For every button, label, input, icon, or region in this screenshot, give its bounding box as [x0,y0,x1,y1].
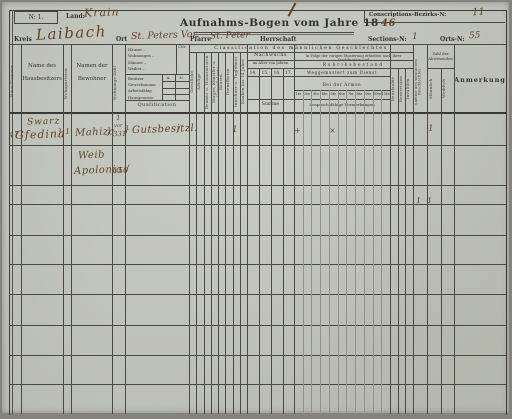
column-header-right-1: Reservisten [399,69,405,109]
bestand-row-3: Weiber – [128,66,145,71]
column-header-owner: Name des Hausbesitzers [22,60,62,86]
bestand-row-1: Wohnungen – [128,53,154,58]
form-title-text: Aufnahms-Bogen vom Jahre 18 [180,17,379,29]
grid-line [21,44,22,414]
qualification-col-0: A. [162,75,175,80]
grid-line [311,90,312,414]
column-header-male-3: Bürger, Künstler u. Gewerbsleute [212,54,218,110]
grid-line [9,294,506,295]
grid-line [303,90,304,414]
grid-line [176,44,177,74]
musterung-class-6: 7te [346,92,355,96]
column-header-wohnparteien: Wohnparteien [64,60,71,108]
herrschaft-label: Herrschaft [260,36,296,43]
musterung-class-8: 9te [364,92,373,96]
scanned-form: N: 1. Land: Krain Conscriptions-Bezirks-… [0,0,512,419]
grid-line [247,99,390,100]
grid-line [413,44,414,414]
column-header-anmerkung: Anmerkung [454,76,506,84]
pfarre-value: St. Peter [210,30,250,41]
qualification-caption: Qualification [125,102,189,108]
column-header-male-0: Geistliche [190,54,196,110]
orts-value: 55 [469,31,481,41]
form-title-year: 46 [381,18,396,29]
form-title: Aufnahms-Bogen vom Jahre 1846 [180,17,358,29]
kreis-label: Kreis [14,36,32,43]
abwesend-col-0: Männlich [429,70,441,108]
musterung-caption: Anspruchsfähige Vormerkungen [294,102,390,107]
grid-line [162,94,189,95]
column-header-right-0: Beurlaubte [391,69,397,109]
column-header-male-7: Knaben bis 14 Jahre [241,54,247,110]
column-header-right-2: Invaliden [406,69,412,109]
abwesend-title: Zahl der Abwesenden [427,52,454,62]
qualification-col-1: N. [175,75,188,80]
musterung-class-5: 6te [338,92,347,96]
grid-line [9,44,506,45]
abwesend-col-1: Weiblich [442,70,454,108]
grid-line [9,355,506,356]
grid-line [259,68,260,414]
column-header-hausnummer: Haus-Nummer [10,54,20,108]
grid-line [162,88,189,89]
land-value: Krain [84,5,120,19]
musterung-title2: Rubriksbestand [294,62,413,67]
nachwuchs-age-1: 15. [259,70,271,75]
grid-line [271,68,272,414]
grid-line [294,44,295,414]
grid-line [9,235,506,236]
grid-line [9,264,506,265]
grid-line [441,68,442,414]
grid-line [355,90,356,414]
kreis-value: Laibach [36,22,108,44]
column-header-male-1: Adelige [197,54,203,110]
musterung-sub2: Bei der Armee [294,82,390,87]
musterung-class-0: 1te [294,92,303,96]
grid-line [112,44,113,414]
entry-owner-brace: } [57,128,63,138]
land-label: Land: [66,13,85,20]
grid-line [9,325,506,326]
sheet-number-box: N: 1. [14,11,58,24]
column-header-bewohner: Namen der Bewohner [72,60,112,86]
grid-line [9,145,506,146]
nachwuchs-sub: im Alter von Jahren [247,61,294,65]
bestand-row-2: Männer – [128,60,146,65]
classification-title: Classification des männlichen Geschlecht… [189,46,413,51]
grid-line [9,384,506,385]
grid-line [283,68,284,414]
conscription-district-value: 11 [472,7,485,18]
column-header-summe-weiblich: Summe des weiblichen Geschlechtes [415,54,426,110]
column-header-male-2: Beamte u. Honoratioren [205,54,211,110]
entry-owner-count: 1 [65,127,70,136]
grid-line [364,90,365,414]
grid-line [247,44,248,414]
pfarre-label: Pfarre [190,36,211,43]
qualification-row-2: Arbeitsfähig [128,88,152,93]
nachwuchs-age-0: 14. [247,70,259,75]
grid-line [63,44,64,414]
grid-line [125,44,126,414]
nachwuchs-age-2: 16. [271,70,283,75]
grid-line [9,185,506,186]
orts-label: Orts-N: [440,36,465,43]
grid-line [329,90,330,414]
bestand-cnr-label: CNr. [178,45,186,49]
grid-line [247,76,390,77]
column-header-male-4: Bauern [219,54,225,110]
musterung-sub1: Weggemustert zum Dienst [294,70,390,75]
grid-line [125,100,189,101]
grid-line [338,90,339,414]
grid-line [346,90,347,414]
column-header-male-6: Inwohner u. Taglöhner [234,54,240,110]
grid-line [9,112,506,114]
column-header-wohnungszahl: Wohnungs-Zahl [113,58,124,108]
grid-line [189,52,413,53]
entry-resident-1-brace: } [106,127,112,137]
bestand-row-0: Häuser – [128,47,145,52]
paper-sheet: N: 1. Land: Krain Conscriptions-Bezirks-… [2,2,509,413]
entry-tick-abwesend: 1 [428,124,434,134]
grid-line [398,68,399,414]
grid-line [320,90,321,414]
qualification-row-3: Hausgenosse [128,95,154,100]
entry-dwelling-1a: 1 [116,114,121,122]
grid-line [405,68,406,414]
entry-dwelling-3-mark: / [126,164,129,174]
qualification-row-0: Besitzer [128,76,144,81]
column-header-male-5: Dienstboten [226,54,232,110]
ort-label: Ort [116,36,127,43]
section-value: 1 [412,32,418,42]
musterung-class-1: 2te [303,92,312,96]
grid-line [71,44,72,414]
nachwuchs-title: Nachwuchs [247,53,294,58]
nachwuchs-age-3: 17. [283,70,294,75]
grid-line [373,90,374,414]
musterung-class-3: 4te [320,92,329,96]
grid-line [381,90,382,414]
grid-line [162,81,189,82]
entry-owner-name-1: Swarz [27,116,61,127]
musterung-class-10: 11te [381,92,390,96]
grid-line [454,44,455,414]
qualification-row-1: Gewerbsmann [128,82,156,87]
musterung-class-7: 8te [355,92,364,96]
section-label: Sections-N: [368,36,407,43]
grid-line [427,44,428,414]
musterung-class-4: 5te [329,92,338,96]
musterung-class-9: 10te [373,92,382,96]
entry-dwelling-1b: vor [114,123,122,129]
grid-line [9,204,506,205]
entry-resident-2: Weib [78,150,105,162]
musterung-class-2: 3te [311,92,320,96]
grid-line [247,60,413,61]
entry-qualification-mark: / [177,125,180,135]
